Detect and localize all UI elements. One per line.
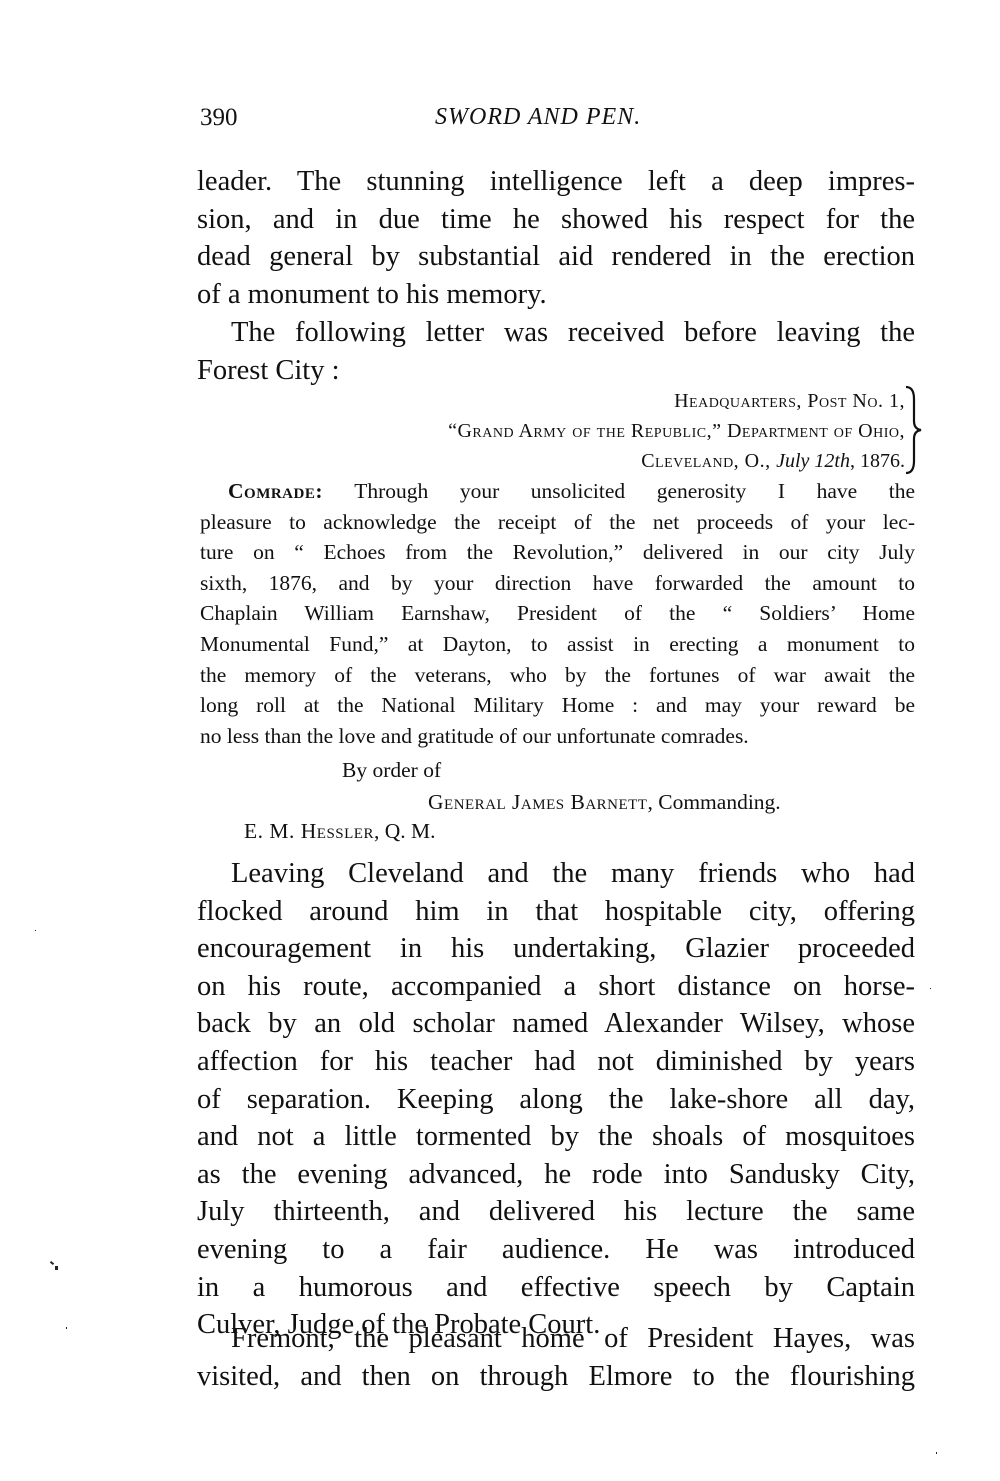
running-title: SWORD AND PEN.: [435, 104, 641, 131]
text-line: of a monument to his memory.: [197, 276, 915, 314]
paragraph-fremont: Fremont, the pleasant home of President …: [197, 1320, 915, 1395]
text-line: and not a little tormented by the shoals…: [197, 1118, 915, 1156]
text-line: visited, and then on through Elmore to t…: [197, 1358, 915, 1396]
text-line: as the evening advanced, he rode into Sa…: [197, 1156, 915, 1194]
text-line: Comrade: Through your unsolicited genero…: [200, 476, 915, 507]
quartermaster-name: E. M. Hessler: [244, 819, 374, 843]
letter-body: Comrade: Through your unsolicited genero…: [200, 476, 915, 751]
signatory-name: General James Barnett: [428, 790, 647, 814]
text-line: long roll at the National Military Home …: [200, 690, 915, 721]
letter-heading-line: “Grand Army of the Republic,” Department…: [200, 416, 905, 446]
letter-date: July 12th: [776, 450, 850, 472]
text-line: sixth, 1876, and by your direction have …: [200, 568, 915, 599]
text-line: pleasure to acknowledge the receipt of t…: [200, 507, 915, 538]
text-line: no less than the love and gratitude of o…: [200, 721, 915, 752]
scan-speck: [55, 1266, 58, 1270]
text-line: Forest City :: [197, 352, 915, 390]
text-line: on his route, accompanied a short distan…: [197, 968, 915, 1006]
text-line: leader. The stunning intelligence left a…: [197, 163, 915, 201]
text-line: evening to a fair audience. He was intro…: [197, 1231, 915, 1269]
letter-heading-line: Headquarters, Post No. 1,: [200, 386, 905, 416]
text-line: back by an old scholar named Alexander W…: [197, 1005, 915, 1043]
text-line: The following letter was received before…: [197, 314, 915, 352]
text-line: the memory of the veterans, who by the f…: [200, 660, 915, 691]
text-line: sion, and in due time he showed his resp…: [197, 201, 915, 239]
text-line: in a humorous and effective speech by Ca…: [197, 1269, 915, 1307]
page-number: 390: [200, 104, 238, 132]
text-line: ture on “ Echoes from the Revolution,” d…: [200, 537, 915, 568]
scan-speck: [930, 988, 931, 989]
text-line: July thirteenth, and delivered his lectu…: [197, 1193, 915, 1231]
scan-speck: [35, 930, 36, 931]
paragraph-leaving-cleveland: Leaving Cleveland and the many friends w…: [197, 855, 915, 1344]
scan-speck: [50, 1261, 54, 1265]
by-order-line: By order of: [342, 755, 1000, 785]
text-line: of separation. Keeping along the lake-sh…: [197, 1081, 915, 1119]
running-head: 390 SWORD AND PEN.: [200, 104, 920, 138]
text-line: affection for his teacher had not dimini…: [197, 1043, 915, 1081]
salutation: Comrade:: [228, 479, 323, 503]
signatory-title: , Commanding.: [647, 790, 780, 814]
quartermaster-line: E. M. Hessler, Q. M.: [244, 816, 964, 846]
signatory-line: General James Barnett, Commanding.: [428, 787, 1000, 817]
scan-speck: [936, 1452, 937, 1454]
quartermaster-title: , Q. M.: [374, 819, 436, 843]
curly-brace-icon: [902, 385, 924, 475]
text-line: Fremont, the pleasant home of President …: [197, 1320, 915, 1358]
text-line: flocked around him in that hospitable ci…: [197, 893, 915, 931]
book-page: 390 SWORD AND PEN. leader. The stunning …: [0, 0, 1000, 1481]
text-line: encouragement in his undertaking, Glazie…: [197, 930, 915, 968]
paragraph-letter-intro: The following letter was received before…: [197, 314, 915, 389]
letter-heading: Headquarters, Post No. 1, “Grand Army of…: [200, 386, 905, 476]
letter-place: Cleveland, O.,: [641, 450, 776, 472]
text-line: Chaplain William Earnshaw, President of …: [200, 598, 915, 629]
scan-speck: [66, 1327, 67, 1329]
text-line: Leaving Cleveland and the many friends w…: [197, 855, 915, 893]
paragraph-leader: leader. The stunning intelligence left a…: [197, 163, 915, 313]
letter-heading-line: Cleveland, O., July 12th, 1876.: [200, 446, 905, 476]
text-line: Monumental Fund,” at Dayton, to assist i…: [200, 629, 915, 660]
letter-year: , 1876.: [850, 450, 905, 472]
text-line: dead general by substantial aid rendered…: [197, 238, 915, 276]
